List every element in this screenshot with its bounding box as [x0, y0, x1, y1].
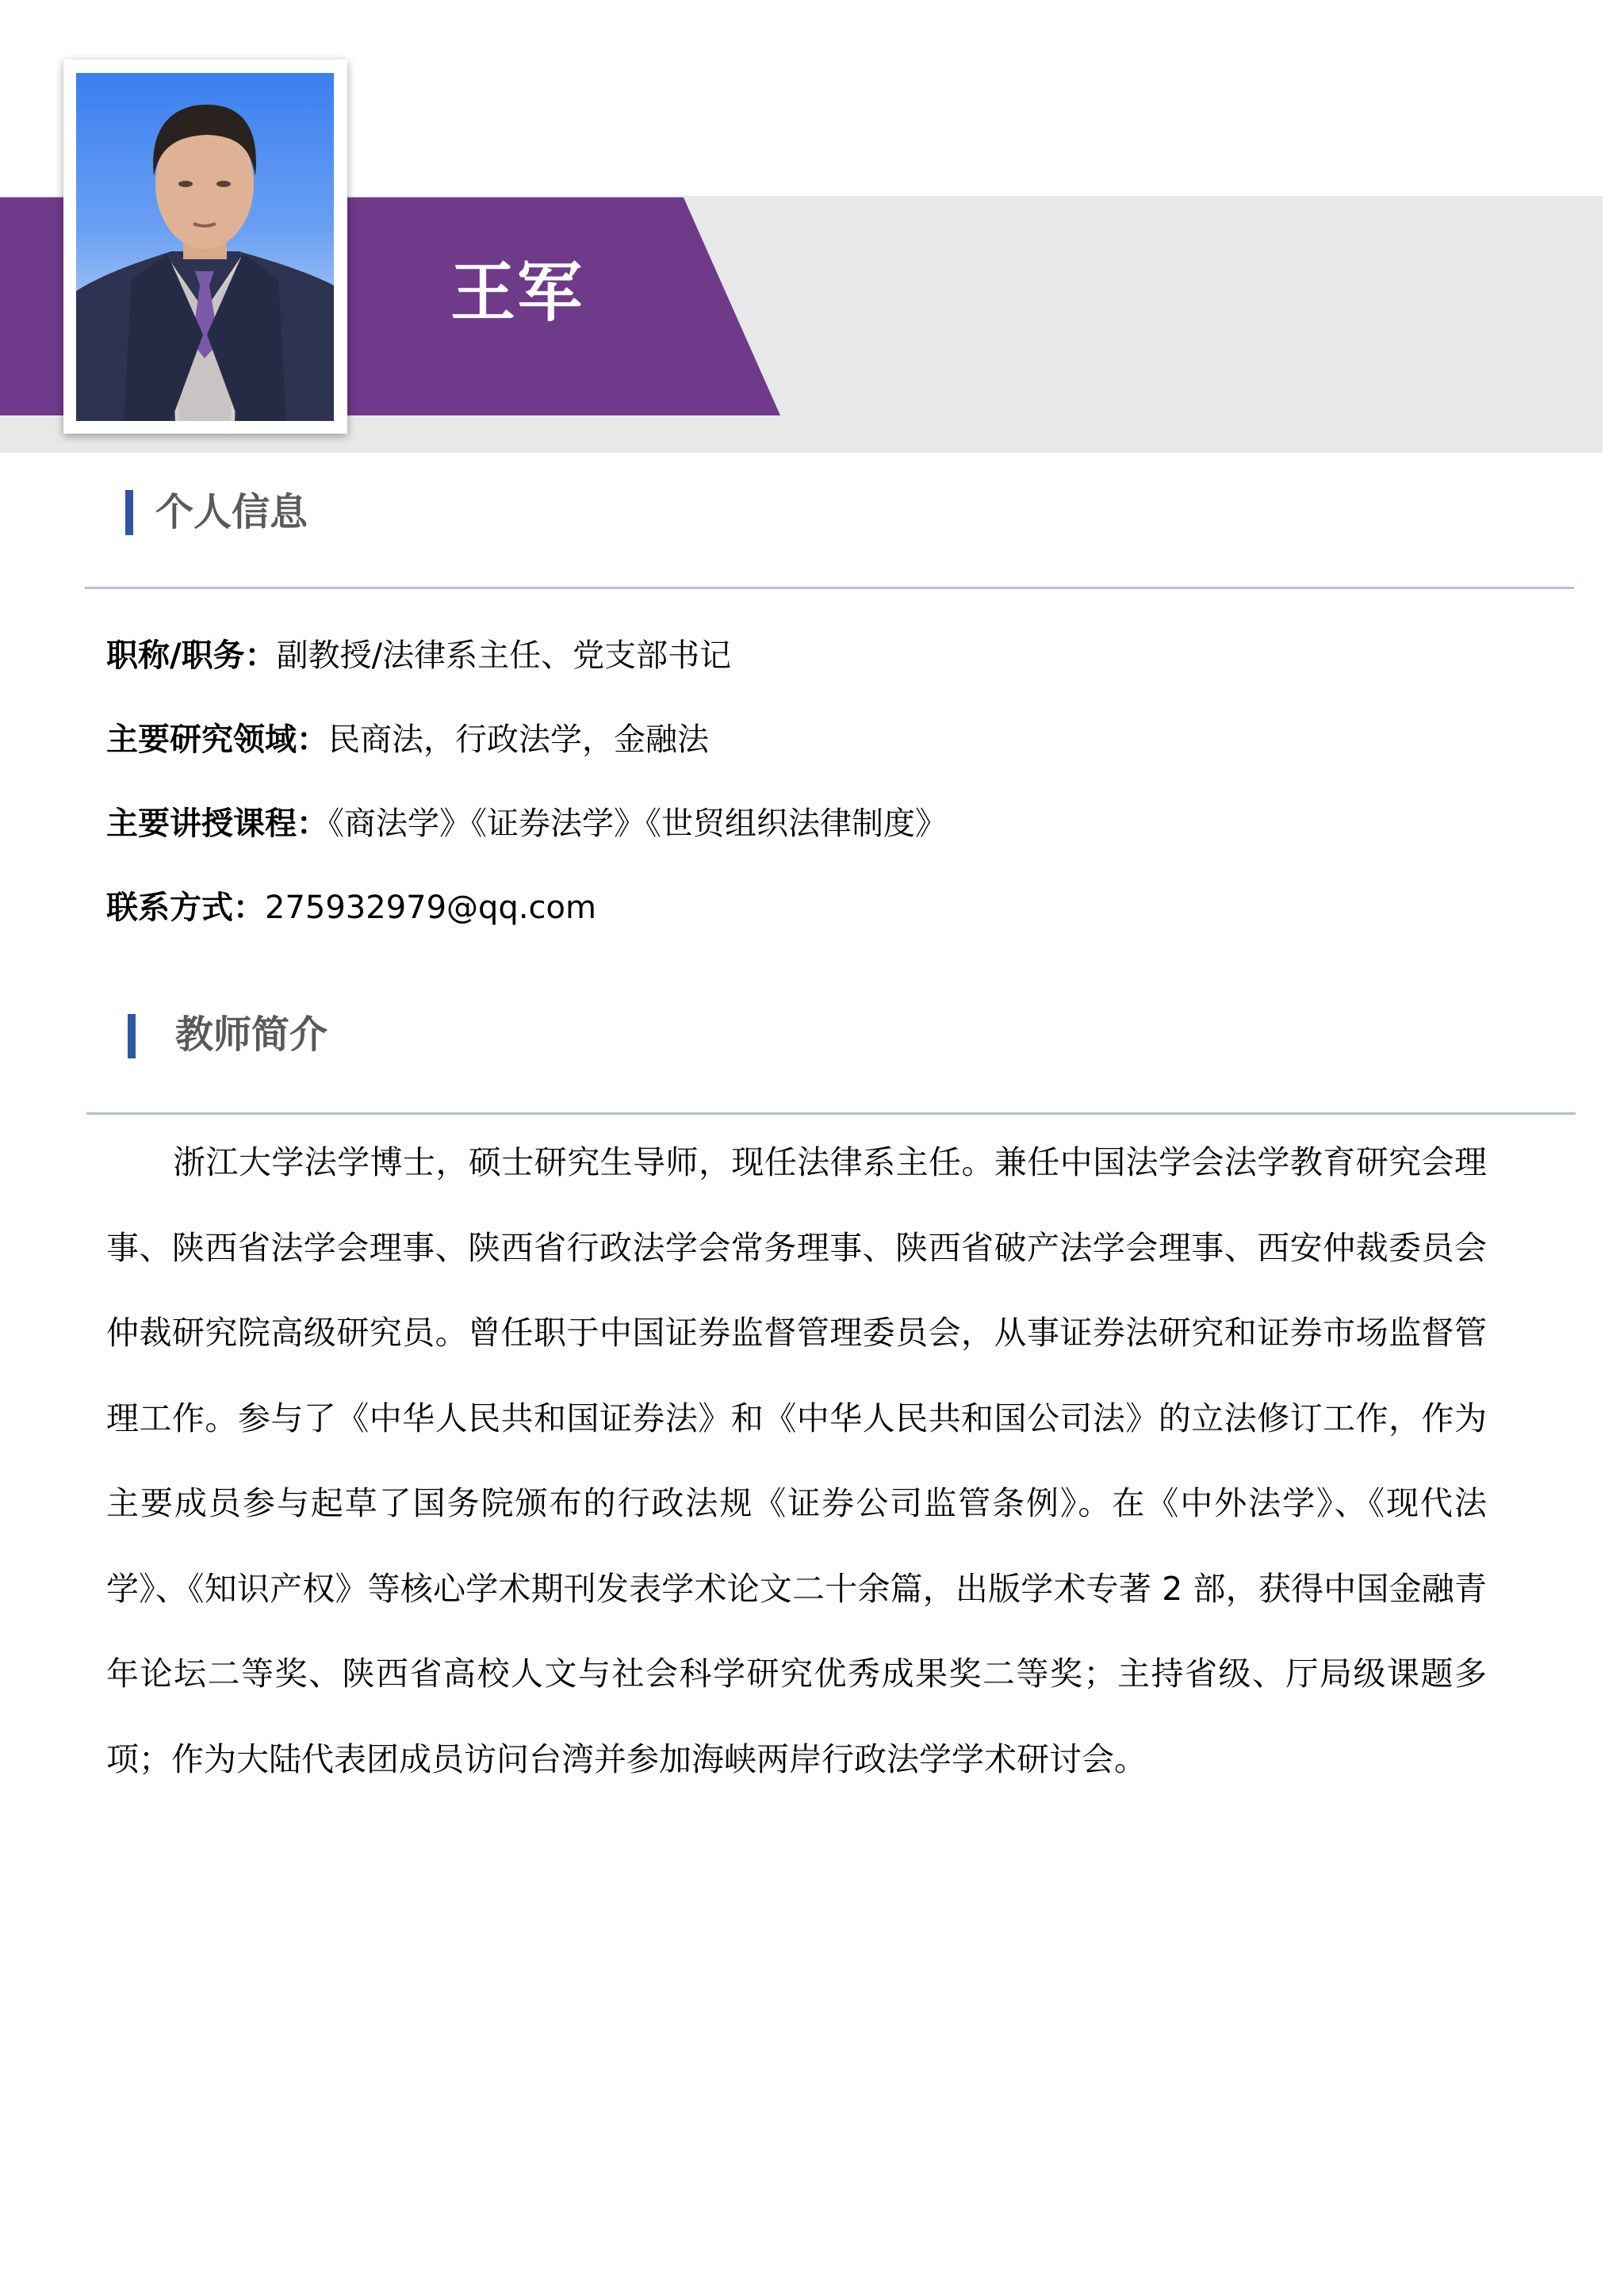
person-silhouette-icon	[76, 73, 334, 421]
field-label: 主要讲授课程：	[106, 806, 328, 842]
field-courses: 主要讲授课程：《商法学》《证券法学》《世贸组织法律制度》	[106, 800, 947, 848]
section-divider	[85, 587, 1574, 589]
field-value: 副教授/法律系主任、党支部书记	[277, 637, 731, 674]
field-value: 民商法，行政法学，金融法	[328, 721, 709, 758]
section-title-bio: 教师简介	[175, 1011, 327, 1058]
bio-paragraph: 浙江大学法学博士，硕士研究生导师，现任法律系主任。兼任中国法学会法学教育研究会理…	[106, 1120, 1487, 1802]
portrait-photo	[76, 73, 334, 421]
photo-frame	[63, 59, 347, 434]
field-title-position: 职称/职务：副教授/法律系主任、党支部书记	[106, 632, 731, 679]
teacher-name: 王军	[450, 254, 584, 333]
section-accent-bar	[128, 1014, 136, 1058]
field-research-areas: 主要研究领域：民商法，行政法学，金融法	[106, 716, 709, 763]
field-label: 主要研究领域：	[106, 721, 328, 758]
field-value: 《商法学》《证券法学》《世贸组织法律制度》	[328, 806, 947, 842]
field-label: 联系方式：	[106, 890, 265, 926]
section-title-personal-info: 个人信息	[155, 488, 308, 536]
field-label: 职称/职务：	[106, 637, 277, 674]
section-divider	[86, 1112, 1576, 1115]
contact-email[interactable]: 275932979@qq.com	[265, 890, 596, 926]
field-contact: 联系方式：275932979@qq.com	[106, 884, 596, 932]
section-accent-bar	[125, 490, 133, 535]
